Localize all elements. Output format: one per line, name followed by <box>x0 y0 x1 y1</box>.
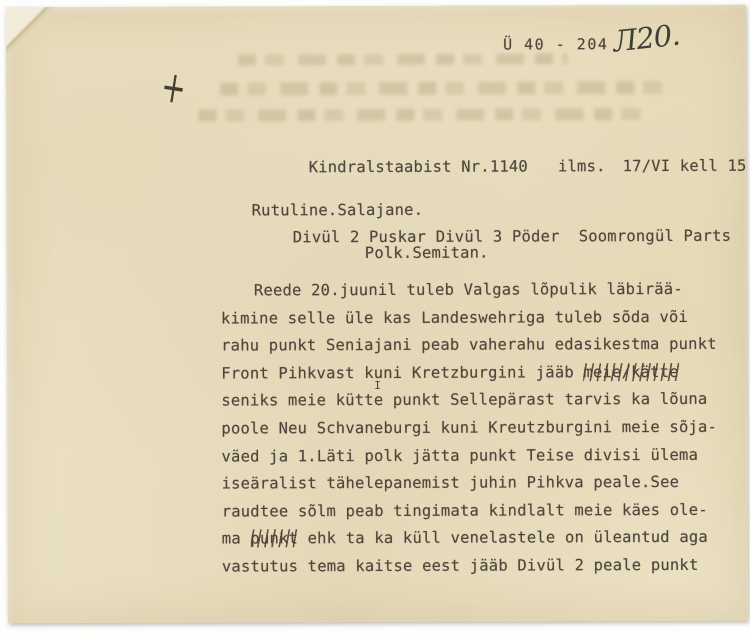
scan-background: Ü 40 - 204 Л20. + Kindralstaabist Nr.114… <box>0 0 750 633</box>
body-text: Reede 20.juunil tuleb Valgas lõpulik läb… <box>221 276 734 581</box>
body-line: vastutus tema kaitse eest jääb Divül 2 p… <box>222 552 734 581</box>
handwritten-cross-mark: + <box>158 60 190 115</box>
issued-label: ilms. <box>558 157 606 175</box>
body-line: seniks meie kütte punkt Sellepärast tarv… <box>221 386 733 415</box>
ghost-text-impression <box>238 53 568 65</box>
body-line: kimine selle üle kas Landeswehriga tuleb… <box>221 303 733 332</box>
body-line-text: seniks meie kütte punkt Sellepärast tarv… <box>221 390 707 410</box>
ghost-text-impression <box>220 81 662 96</box>
handwritten-number: Л20. <box>611 18 681 59</box>
body-line: rahu punkt Seniajani peab vaherahu edasi… <box>221 331 733 360</box>
body-line-text: ehk ta ka küll venelastele on üleantud a… <box>298 528 708 547</box>
body-line-text: kimine selle üle kas Landeswehriga tuleb… <box>221 308 688 328</box>
body-line: raudtee sõlm peab tingimata kindlalt mei… <box>222 497 734 526</box>
body-line-text: iseäralist tähelepanemist juhin Pihkva p… <box>222 473 680 493</box>
date-time: 17/VI kell 15.15 <box>623 157 750 176</box>
body-line: iseäralist tähelepanemist juhin Pihkva p… <box>222 469 734 498</box>
body-line: ma punkt ehk ta ka küll venelastele on ü… <box>222 524 734 553</box>
addressees-line-1: Divül 2 Puskar Divül 3 Pöder Soomrongül … <box>293 227 732 247</box>
struck-text: meie/kätte <box>583 363 678 381</box>
body-line: Front Pihkvast kuni Kretzburgini jääb me… <box>221 359 733 388</box>
body-line: Reede 20.juunil tuleb Valgas lõpulik läb… <box>221 276 733 305</box>
body-line-text: raudtee sõlm peab tingimata kindlalt mei… <box>222 501 708 521</box>
document-number: Nr.1140 <box>461 157 528 175</box>
ghost-text-impression <box>198 108 650 122</box>
body-line-text: rahu punkt Seniajani peab vaherahu edasi… <box>221 335 717 355</box>
body-line-text: vastutus tema kaitse eest jääb Divül 2 p… <box>222 556 699 576</box>
corner-fold <box>6 7 84 85</box>
body-line-text: Front Pihkvast kuni Kretzburgini jääb <box>221 363 583 382</box>
body-line: väed ja 1.Läti polk jätta punkt Teise di… <box>221 441 733 470</box>
body-line: poole Neu Schvaneburgi kuni Kreutzburgin… <box>221 414 733 443</box>
header-line: Kindralstaabist Nr.1140ilms.17/VI kell 1… <box>251 139 750 195</box>
body-line-text: ma <box>222 530 251 548</box>
body-line-text: Reede 20.juunil tuleb Valgas lõpulik läb… <box>254 280 683 299</box>
body-line-text: poole Neu Schvaneburgi kuni Kreutzburgin… <box>221 418 717 438</box>
reference-number: Ü 40 - 204 <box>503 35 608 53</box>
classification-line: Rutuline.Salajane. <box>252 201 424 220</box>
addressees-line-2: Polk.Semitan. <box>365 244 489 262</box>
insertion-mark: I <box>374 379 381 392</box>
document-page: Ü 40 - 204 Л20. + Kindralstaabist Nr.114… <box>6 5 748 624</box>
struck-text: punkt <box>250 530 298 548</box>
body-line-text: väed ja 1.Läti polk jätta punkt Teise di… <box>221 445 698 465</box>
origin-unit: Kindralstaabist <box>309 158 452 176</box>
